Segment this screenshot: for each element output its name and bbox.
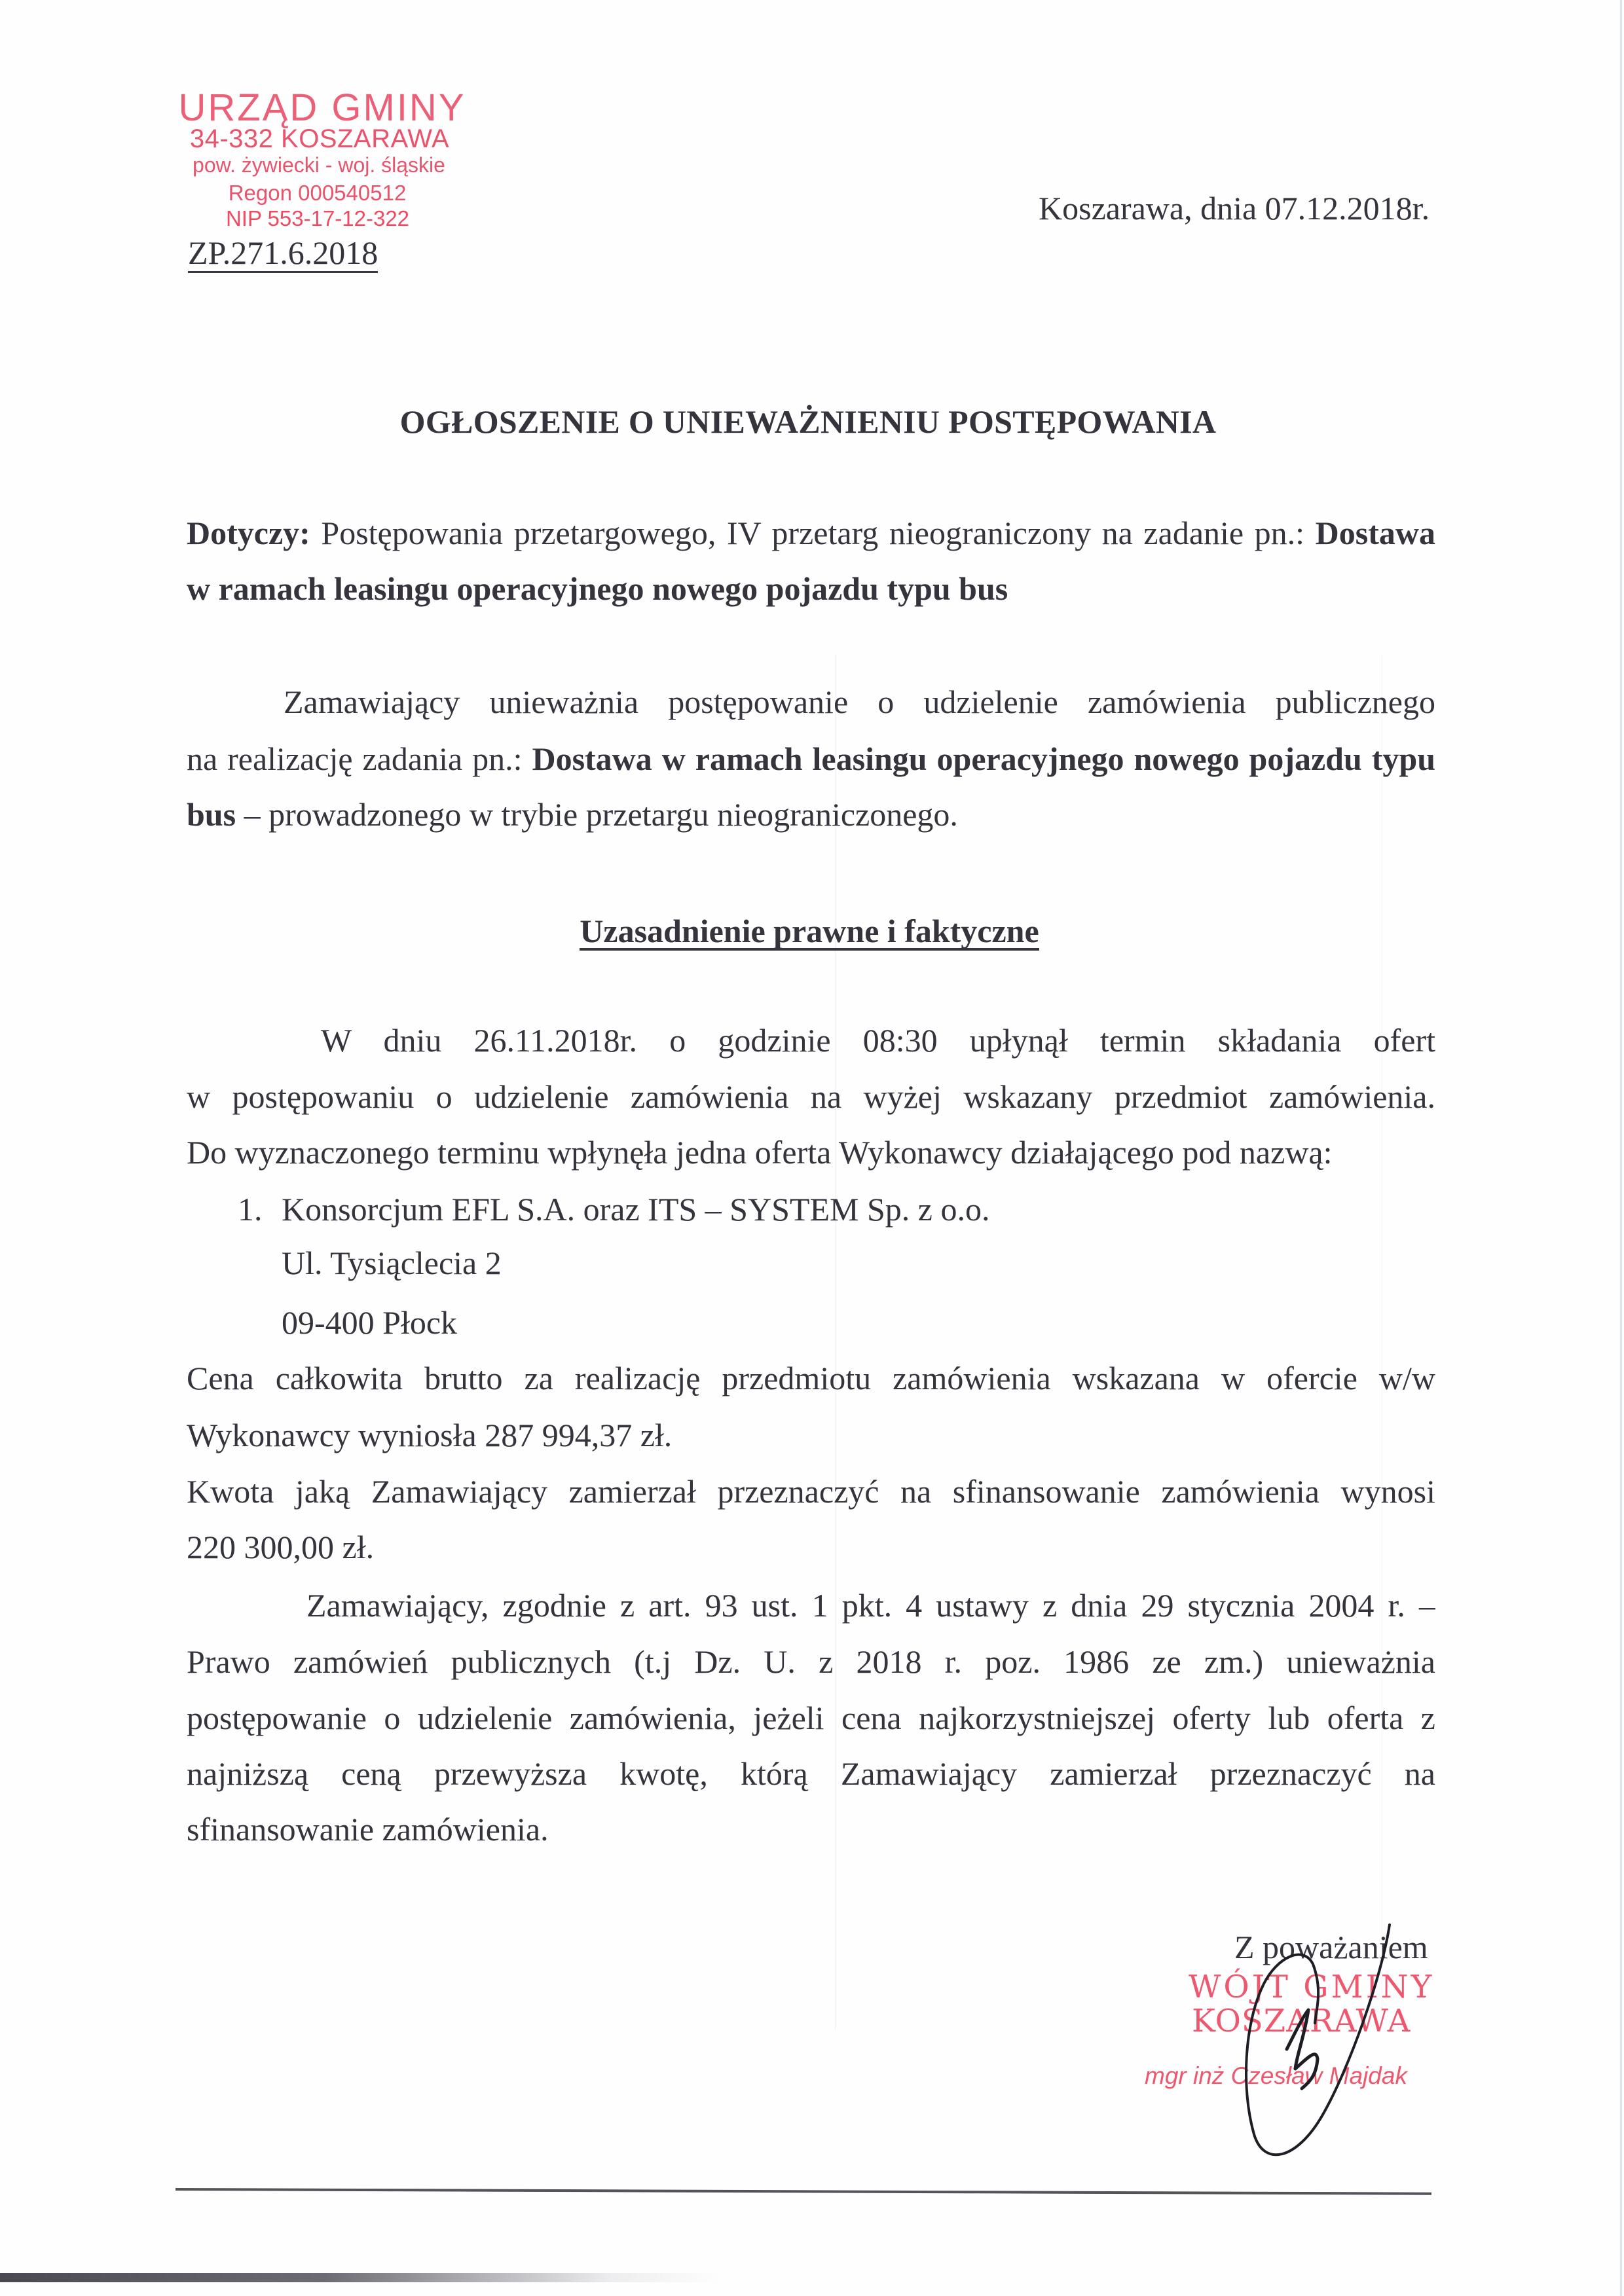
para3-line-4: 220 300,00 zł.: [187, 1527, 1435, 1567]
offer-number: 1.: [238, 1190, 277, 1229]
para3-line-3: Kwota jaką Zamawiający zamierzał przezna…: [187, 1472, 1435, 1511]
para1-line-2: na realizację zadania pn.: Dostawa w ram…: [187, 739, 1435, 778]
subject-text: Postępowania przetargowego, IV przetarg …: [310, 515, 1316, 551]
scan-edge-right: [1620, 0, 1622, 2296]
document-title: OGŁOSZENIE O UNIEWAŻNIENIU POSTĘPOWANIA: [0, 402, 1620, 441]
subject-line-1: Dotyczy: Postępowania przetargowego, IV …: [187, 513, 1435, 553]
stamp-office-name: URZĄD GMINY: [172, 89, 473, 127]
para4-line-5: sfinansowanie zamówienia.: [187, 1810, 1435, 1849]
para4-line-4: najniższą ceną przewyższa kwotę, którą Z…: [187, 1754, 1435, 1793]
place-date: Koszarawa, dnia 07.12.2018r.: [1039, 190, 1430, 227]
para3-line-1: Cena całkowita brutto za realizację prze…: [187, 1358, 1435, 1398]
section-heading-text: Uzasadnienie prawne i faktyczne: [580, 914, 1039, 951]
para1-line-1: Zamawiający unieważnia postępowanie o ud…: [284, 682, 1435, 721]
para1-line3-bold: bus: [187, 796, 236, 833]
stamp-regon: Regon 000540512: [217, 181, 417, 205]
para1-line-3: bus – prowadzonego w trybie przetargu ni…: [187, 795, 1435, 834]
para2-line-2: w postępowaniu o udzielenie zamówienia n…: [187, 1077, 1435, 1116]
subject-label: Dotyczy:: [187, 515, 310, 551]
stamp-region: pow. żywiecki - woj. śląskie: [172, 153, 466, 177]
para4-line-1: Zamawiający, zgodnie z art. 93 ust. 1 pk…: [306, 1586, 1435, 1625]
offer-name: Konsorcjum EFL S.A. oraz ITS – SYSTEM Sp…: [282, 1190, 1395, 1229]
para2-line-3: Do wyznaczonego terminu wpłynęła jedna o…: [187, 1133, 1435, 1172]
subject-line-2: w ramach leasingu operacyjnego nowego po…: [187, 569, 1435, 608]
subject-bold-start: Dostawa: [1316, 515, 1435, 551]
offer-city: 09-400 Płock: [282, 1303, 1395, 1342]
para4-line-2: Prawo zamówień publicznych (t.j Dz. U. z…: [187, 1642, 1435, 1681]
para1-line2-plain: na realizację zadania pn.:: [187, 740, 532, 777]
section-heading: Uzasadnienie prawne i faktyczne: [0, 911, 1624, 951]
para1-line3-plain: – prowadzonego w trybie przetargu nieogr…: [236, 796, 958, 833]
para1-line2-bold: Dostawa w ramach leasingu operacyjnego n…: [532, 740, 1435, 777]
para3-line-2: Wykonawcy wyniosła 287 994,37 zł.: [187, 1415, 1435, 1455]
scan-edge-bottom: [0, 2273, 720, 2282]
stamp-nip: NIP 553-17-12-322: [216, 207, 419, 230]
para4-line-3: postępowanie o udzielenie zamówienia, je…: [187, 1698, 1435, 1738]
offer-street: Ul. Tysiąclecia 2: [282, 1243, 1395, 1283]
stamp-address: 34-332 KOSZARAWA: [182, 126, 457, 152]
para2-line-1: W dniu 26.11.2018r. o godzinie 08:30 upł…: [321, 1021, 1435, 1060]
handwritten-signature: [1218, 1918, 1414, 2180]
footer-rule: [175, 2188, 1431, 2195]
reference-number: ZP.271.6.2018: [188, 234, 378, 273]
